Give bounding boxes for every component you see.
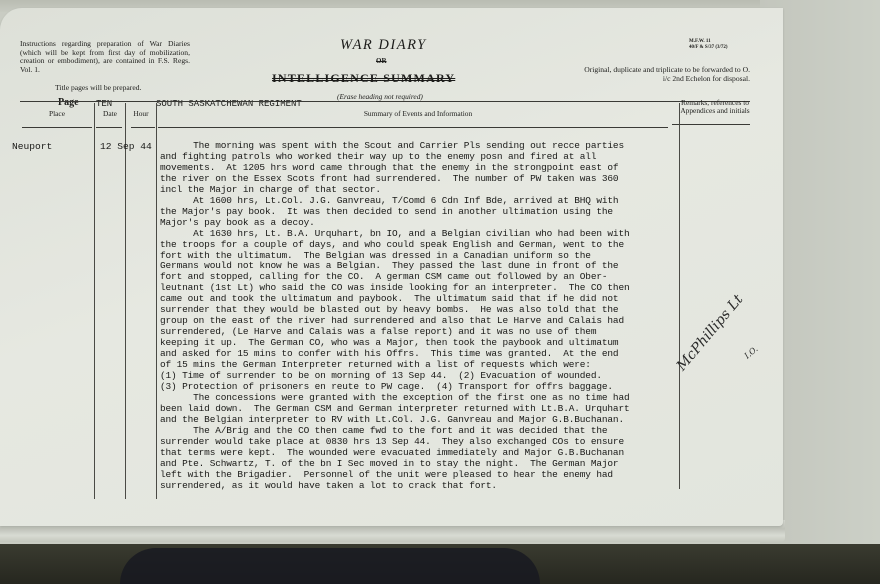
hour-head-rule xyxy=(131,127,155,128)
date-head-rule xyxy=(96,127,122,128)
summary-line: that terms were kept. The wounded were e… xyxy=(160,448,680,459)
form-code-line-2: 40/F & S/37 (3/72) xyxy=(689,45,728,51)
column-header-summary: Summary of Events and Information xyxy=(158,109,678,118)
summary-head-rule xyxy=(158,127,668,128)
column-header-hour: Hour xyxy=(127,109,155,118)
intelligence-summary-title: INTELLIGENCE SUMMARY xyxy=(272,71,455,86)
summary-line: the troops for a couple of days, and who… xyxy=(160,240,680,251)
distribution-note: Original, duplicate and triplicate to be… xyxy=(575,66,750,83)
entry-summary: The morning was spent with the Scout and… xyxy=(160,141,680,492)
instructions-text: Instructions regarding preparation of Wa… xyxy=(20,40,190,74)
summary-line: surrendered, as it would have taken a lo… xyxy=(160,481,680,492)
entry-date: 12 Sep 44 xyxy=(100,141,152,152)
header-rule xyxy=(20,101,750,102)
title-pages-note: Title pages will be prepared. xyxy=(55,83,141,92)
form-code: M.F.W. 11 40/F & S/37 (3/72) xyxy=(689,39,728,50)
column-header-date: Date xyxy=(96,109,124,118)
remarks-signature: McPhillips Lt xyxy=(674,292,747,374)
summary-line: left with the Brigadier. Personnel of th… xyxy=(160,470,680,481)
summary-line: Major's pay book as a decoy. xyxy=(160,218,680,229)
column-header-place: Place xyxy=(22,109,92,118)
war-diary-sheet: Instructions regarding preparation of Wa… xyxy=(0,8,783,526)
erase-note: (Erase heading not required) xyxy=(337,92,423,101)
remarks-head-rule xyxy=(672,124,750,125)
column-header-remarks: Remarks, references to Appendices and in… xyxy=(676,99,754,115)
or-label: OR xyxy=(376,57,387,65)
entry-place: Neuport xyxy=(12,141,52,152)
summary-line: At 1630 hrs, Lt. B.A. Urquhart, bn IO, a… xyxy=(160,229,680,240)
place-head-rule xyxy=(22,127,92,128)
place-date-divider xyxy=(94,103,95,499)
summary-line: and Pte. Schwartz, T. of the bn I Sec mo… xyxy=(160,459,680,470)
document-title: WAR DIARY xyxy=(340,37,427,54)
page-label: Page xyxy=(58,97,79,108)
shadow xyxy=(120,548,540,584)
remarks-initials: I.O. xyxy=(743,344,760,360)
date-hour-divider xyxy=(125,103,126,499)
hour-summary-divider xyxy=(156,103,157,499)
